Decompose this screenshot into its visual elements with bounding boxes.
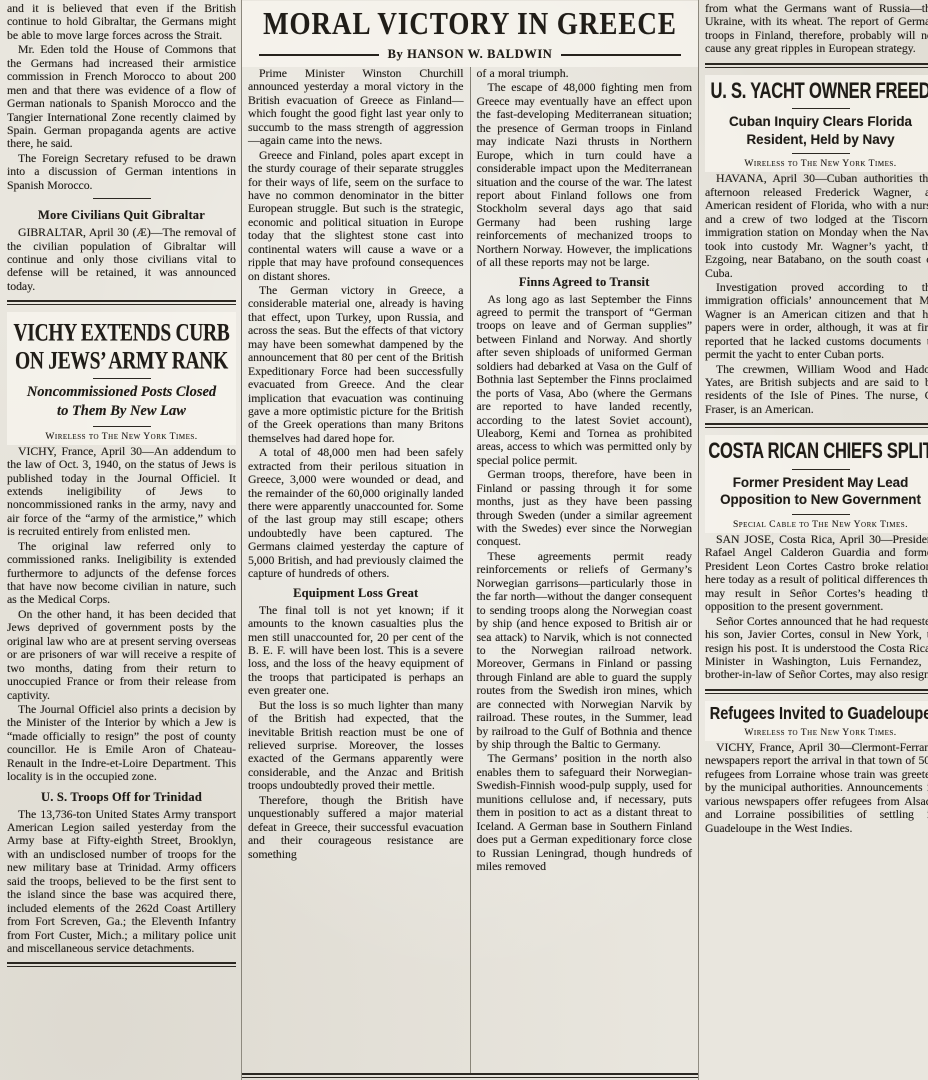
divider-rule [242, 1073, 698, 1078]
deck-line: to Them By New Law [12, 402, 231, 421]
deck-costa: Former President May Lead Opposition to … [708, 474, 928, 509]
subhead-equipment-loss: Equipment Loss Great [248, 586, 464, 601]
wire-credit: Wireless to The New York Times. [8, 431, 235, 442]
article-paragraph: HAVANA, April 30—Cuban authorities this … [705, 172, 928, 280]
newspaper-page: and it is believed that even if the Brit… [0, 0, 928, 1080]
article-paragraph: The German victory in Greece, a consider… [248, 284, 464, 445]
headline-line: VICHY EXTENDS CURB [8, 320, 235, 348]
headline-moral-victory: MORAL VICTORY IN GREECE [243, 8, 697, 40]
subhead-trinidad: U. S. Troops Off for Trinidad [7, 790, 236, 805]
deck-yacht: Cuban Inquiry Clears Florida Resident, H… [708, 113, 928, 148]
column-left: and it is believed that even if the Brit… [0, 0, 241, 1080]
article-paragraph: Mr. Eden told the House of Commons that … [7, 43, 236, 151]
deck-vichy: Noncommissioned Posts Closed to Them By … [12, 383, 231, 421]
article-paragraph: The 13,736-ton United States Army transp… [7, 808, 236, 956]
article-paragraph: The Germans’ position in the north also … [477, 752, 693, 873]
wire-credit: Wireless to The New York Times. [706, 727, 928, 738]
article-paragraph: GIBRALTAR, April 30 (Æ)—The removal of t… [7, 226, 236, 293]
divider-rule [792, 153, 850, 154]
deck-line: Cuban Inquiry Clears Florida [708, 113, 928, 131]
deck-line: Resident, Held by Navy [708, 131, 928, 149]
article-paragraph: The Foreign Secretary refused to be draw… [7, 152, 236, 192]
deck-line: Opposition to New Government [708, 491, 928, 509]
refugees-article-header: Refugees Invited to Guadeloupe Wireless … [705, 701, 928, 741]
divider-rule [93, 198, 151, 199]
article-paragraph: The final toll is not yet known; if it a… [248, 604, 464, 698]
column-right: from what the Germans want of Russia—the… [699, 0, 928, 1080]
article-paragraph: Greece and Finland, poles apart except i… [248, 149, 464, 283]
divider-rule [7, 962, 236, 967]
article-paragraph: The crewmen, William Wood and Hadon Yate… [705, 363, 928, 417]
article-paragraph: The Journal Officiel also prints a decis… [7, 703, 236, 784]
divider-rule [792, 514, 850, 515]
article-paragraph: But the loss is so much lighter than man… [248, 699, 464, 793]
center-article-header: MORAL VICTORY IN GREECE By HANSON W. BAL… [242, 1, 698, 67]
article-paragraph: from what the Germans want of Russia—the… [705, 2, 928, 56]
article-paragraph: VICHY, France, April 30—An addendum to t… [7, 445, 236, 539]
article-paragraph: Señor Cortes announced that he had reque… [705, 615, 928, 682]
divider-rule [705, 689, 928, 694]
article-paragraph: VICHY, France, April 30—Clermont-Ferrand… [705, 741, 928, 835]
wire-credit: Wireless to The New York Times. [706, 158, 928, 169]
wire-credit: Special Cable to The New York Times. [706, 519, 928, 530]
byline: By HANSON W. BALDWIN [388, 47, 553, 62]
article-paragraph: German troops, therefore, have been in F… [477, 468, 693, 549]
yacht-article-header: U. S. YACHT OWNER FREED Cuban Inquiry Cl… [705, 75, 928, 173]
byline-row: By HANSON W. BALDWIN [259, 47, 681, 62]
center-column-left: Prime Minister Winston Churchill announc… [242, 67, 470, 1073]
subhead-finns-transit: Finns Agreed to Transit [477, 275, 693, 290]
divider-rule [561, 54, 681, 56]
divider-rule [259, 54, 379, 56]
article-paragraph: Therefore, though the British have unque… [248, 794, 464, 861]
article-paragraph: and it is believed that even if the Brit… [7, 2, 236, 42]
divider-rule [93, 378, 151, 379]
headline-refugees-guadeloupe: Refugees Invited to Guadeloupe [706, 706, 928, 724]
article-paragraph: of a moral triumph. [477, 67, 693, 80]
center-columns: Prime Minister Winston Churchill announc… [242, 67, 698, 1073]
divider-rule [705, 423, 928, 428]
headline-vichy: VICHY EXTENDS CURB ON JEWS’ ARMY RANK [8, 320, 235, 376]
deck-line: Noncommissioned Posts Closed [12, 383, 231, 402]
article-paragraph: SAN JOSE, Costa Rica, April 30—President… [705, 533, 928, 614]
article-paragraph: As long ago as last September the Finns … [477, 293, 693, 468]
divider-rule [792, 469, 850, 470]
headline-costa-rican-split: COSTA RICAN CHIEFS SPLIT [706, 441, 928, 464]
article-paragraph: The original law referred only to commis… [7, 540, 236, 607]
article-paragraph: Investigation proved according to the im… [705, 281, 928, 362]
article-paragraph: A total of 48,000 men had been safely ex… [248, 446, 464, 580]
headline-line: ON JEWS’ ARMY RANK [8, 348, 235, 376]
costa-article-header: COSTA RICAN CHIEFS SPLIT Former Presiden… [705, 435, 928, 533]
article-paragraph: Prime Minister Winston Churchill announc… [248, 67, 464, 148]
headline-yacht-owner-freed: U. S. YACHT OWNER FREED [706, 81, 928, 104]
divider-rule [93, 426, 151, 427]
divider-rule [792, 108, 850, 109]
deck-line: Former President May Lead [708, 474, 928, 492]
article-paragraph: On the other hand, it has been decided t… [7, 608, 236, 702]
center-column-right: of a moral triumph. The escape of 48,000… [471, 67, 699, 1073]
article-paragraph: These agreements permit ready reinforcem… [477, 550, 693, 752]
center-article: MORAL VICTORY IN GREECE By HANSON W. BAL… [242, 0, 698, 1080]
divider-rule [705, 63, 928, 68]
vichy-article-header: VICHY EXTENDS CURB ON JEWS’ ARMY RANK No… [7, 312, 236, 444]
divider-rule [7, 300, 236, 305]
article-paragraph: The escape of 48,000 fighting men from G… [477, 81, 693, 269]
subhead-more-civilians: More Civilians Quit Gibraltar [7, 208, 236, 223]
